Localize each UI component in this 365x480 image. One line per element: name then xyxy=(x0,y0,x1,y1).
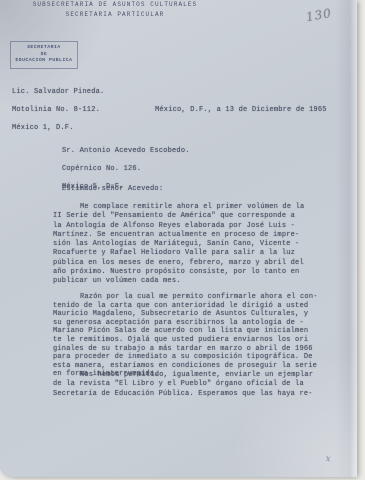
body-paragraph-1: Me complace remitirle ahora el primer vo… xyxy=(53,203,325,287)
body-paragraph-3: Nos hemos permitido, igualmente, enviarl… xyxy=(53,371,325,399)
recipient-street: Copérnico No. 126. xyxy=(62,165,190,174)
letterhead-line-1: SUBSECRETARIA DE ASUNTOS CULTURALES xyxy=(0,0,230,10)
sender-address-block: Lic. Salvador Pineda. Motolinia No. 8-11… xyxy=(12,79,104,142)
sender-street: Motolinia No. 8-112. xyxy=(12,106,104,115)
corner-pencil-mark: x xyxy=(326,454,332,464)
letterhead-line-2: SECRETARIA PARTICULAR xyxy=(0,10,230,20)
stamp-line-3: EDUCACION PUBLICA xyxy=(13,58,75,65)
handwritten-page-number: 130 xyxy=(305,6,333,24)
recipient-name: Sr. Antonio Acevedo Escobedo. xyxy=(62,147,190,156)
body-paragraph-2: Razón por la cual me permito confirmarle… xyxy=(53,293,325,379)
salutation: Estimado señor Acevedo: xyxy=(62,185,163,194)
letter-page: 130 SUBSECRETARIA DE ASUNTOS CULTURALES … xyxy=(0,0,357,477)
sep-stamp: SECRETARIA DE EDUCACION PUBLICA xyxy=(10,41,78,69)
letterhead: SUBSECRETARIA DE ASUNTOS CULTURALES SECR… xyxy=(0,0,230,20)
dateline: México, D.F., a 13 de Diciembre de 1965 xyxy=(155,106,327,115)
sender-name: Lic. Salvador Pineda. xyxy=(12,88,104,97)
sender-city: México 1, D.F. xyxy=(12,124,104,133)
